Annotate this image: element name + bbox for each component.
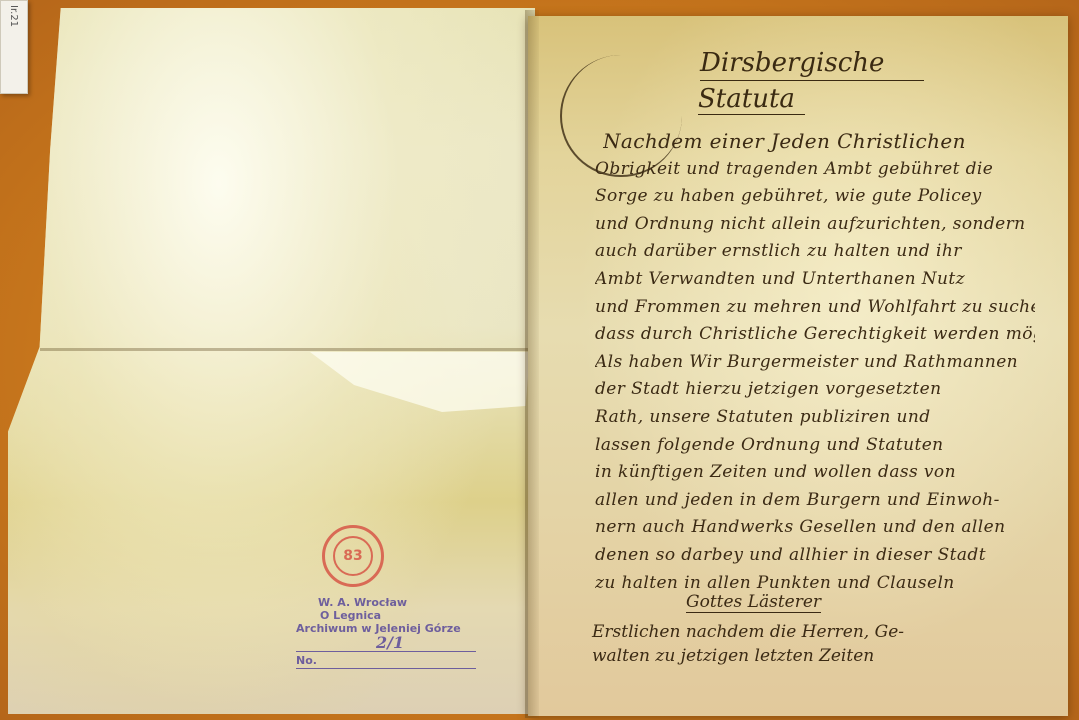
book-gutter xyxy=(525,10,539,718)
body-line: in künftigen Zeiten und wollen dass von xyxy=(595,459,1035,487)
red-circular-stamp: 83 xyxy=(322,525,384,587)
section-body: Erstlichen nachdem die Herren, Ge- walte… xyxy=(592,620,1032,668)
archive-label-card: Ir.21 xyxy=(0,0,28,94)
label-card-text: Ir.21 xyxy=(8,5,19,27)
body-line: und Ordnung nicht allein aufzurichten, s… xyxy=(595,211,1035,239)
archive-stamp-line-1: W. A. Wrocław xyxy=(318,596,476,609)
body-line: denen so darbey und allhier in dieser St… xyxy=(595,542,1035,570)
body-line: Rath, unsere Statuten publiziren und xyxy=(595,404,1035,432)
section-heading: Gottes Lästerer xyxy=(686,592,821,613)
body-line: und Frommen zu mehren und Wohlfahrt zu s… xyxy=(595,294,1035,322)
body-line: dass durch Christliche Gerechtigkeit wer… xyxy=(595,321,1035,349)
section-line: Erstlichen nachdem die Herren, Ge- xyxy=(592,620,1032,644)
body-line: Sorge zu haben gebühret, wie gute Police… xyxy=(595,183,1035,211)
body-line: nern auch Handwerks Gesellen und den all… xyxy=(595,514,1035,542)
section-line: walten zu jetzigen letzten Zeiten xyxy=(592,644,1032,668)
body-line: Nachdem einer Jeden Christlichen xyxy=(603,128,1035,156)
title-line-1: Dirsbergische xyxy=(700,48,924,81)
archive-stamp-line-2: O Legnica xyxy=(320,609,476,622)
manuscript-body: Nachdem einer Jeden Christlichen Obrigke… xyxy=(595,128,1035,597)
body-line: der Stadt hierzu jetzigen vorgesetzten xyxy=(595,376,1035,404)
red-stamp-number: 83 xyxy=(343,548,362,564)
body-line: Ambt Verwandten und Unterthanen Nutz xyxy=(595,266,1035,294)
archive-number-value: 2/1 xyxy=(376,633,404,652)
page-fold-crease xyxy=(40,348,535,351)
archive-stamp-rule: 2/1 xyxy=(296,637,476,652)
body-line: Obrigkeit und tragenden Ambt gebühret di… xyxy=(595,156,1035,184)
archive-number-label: No. xyxy=(296,654,317,667)
archive-stamp-rule: No. xyxy=(296,654,476,669)
body-line: lassen folgende Ordnung und Statuten xyxy=(595,432,1035,460)
title-line-2: Statuta xyxy=(698,84,805,115)
body-line: Als haben Wir Burgermeister und Rathmann… xyxy=(595,349,1035,377)
body-line: auch darüber ernstlich zu halten und ihr xyxy=(595,238,1035,266)
body-line: allen und jeden in dem Burgern und Einwo… xyxy=(595,487,1035,515)
archive-ink-stamp: W. A. Wrocław O Legnica Archiwum w Jelen… xyxy=(296,596,476,669)
